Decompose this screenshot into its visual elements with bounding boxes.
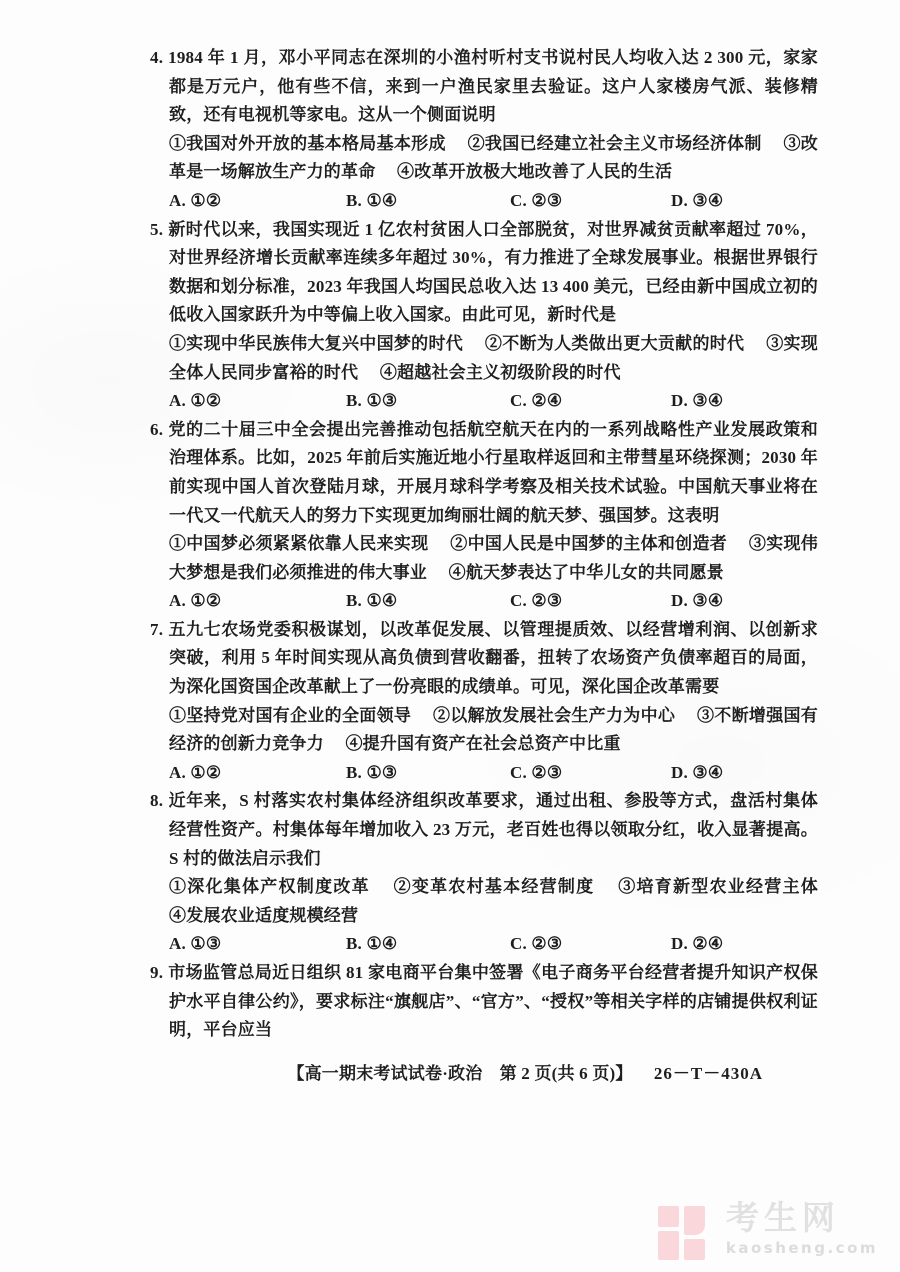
option-d: D. ③④	[671, 187, 818, 216]
option-c: C. ②④	[510, 387, 671, 416]
question-stem: 5.新时代以来，我国实现近 1 亿农村贫困人口全部脱贫，对世界减贫贡献率超过 7…	[150, 216, 818, 330]
question-stem-text: 近年来，S 村落实农村集体经济组织改革要求，通过出租、参股等方式，盘活村集体经营…	[168, 791, 818, 867]
answer-options-row: A. ①③ B. ①④ C. ②③ D. ②④	[150, 930, 818, 959]
watermark-site-url: kaosheng.com	[726, 1239, 878, 1257]
question-stem: 4.1984 年 1 月，邓小平同志在深圳的小渔村听村支书说村民人均收入达 2 …	[150, 44, 818, 130]
question-statements: ①我国对外开放的基本格局基本形成 ②我国已经建立社会主义市场经济体制 ③改革是一…	[150, 130, 818, 187]
question-statements: ①实现中华民族伟大复兴中国梦的时代 ②不断为人类做出更大贡献的时代 ③实现全体人…	[150, 330, 818, 387]
option-d: D. ③④	[671, 387, 818, 416]
option-c: C. ②③	[510, 759, 671, 788]
question-4: 4.1984 年 1 月，邓小平同志在深圳的小渔村听村支书说村民人均收入达 2 …	[150, 44, 818, 216]
option-d: D. ③④	[671, 759, 818, 788]
option-a: A. ①②	[169, 387, 346, 416]
option-b: B. ①③	[346, 759, 510, 788]
question-6: 6.党的二十届三中全会提出完善推动包括航空航天在内的一系列战略性产业发展政策和治…	[150, 416, 818, 616]
page-footer: 【高一期末考试试卷·政治 第 2 页(共 6 页)】 26－T－430A	[150, 1060, 818, 1089]
question-stem: 8.近年来，S 村落实农村集体经济组织改革要求，通过出租、参股等方式，盘活村集体…	[150, 787, 818, 873]
option-c: C. ②③	[510, 930, 671, 959]
question-stem-text: 1984 年 1 月，邓小平同志在深圳的小渔村听村支书说村民人均收入达 2 30…	[168, 48, 818, 124]
answer-options-row: A. ①② B. ①④ C. ②③ D. ③④	[150, 187, 818, 216]
question-stem-text: 新时代以来，我国实现近 1 亿农村贫困人口全部脱贫，对世界减贫贡献率超过 70%…	[168, 220, 818, 325]
answer-options-row: A. ①② B. ①③ C. ②③ D. ③④	[150, 759, 818, 788]
option-d: D. ③④	[671, 587, 818, 616]
question-number: 5.	[150, 220, 163, 239]
question-8: 8.近年来，S 村落实农村集体经济组织改革要求，通过出租、参股等方式，盘活村集体…	[150, 787, 818, 959]
option-a: A. ①②	[169, 587, 346, 616]
question-stem: 9.市场监管总局近日组织 81 家电商平台集中签署《电子商务平台经营者提升知识产…	[150, 959, 818, 1045]
watermark: 考生网 kaosheng.com	[658, 1200, 878, 1260]
option-b: B. ①③	[346, 387, 510, 416]
option-a: A. ①③	[169, 930, 346, 959]
option-a: A. ①②	[169, 187, 346, 216]
question-stem: 6.党的二十届三中全会提出完善推动包括航空航天在内的一系列战略性产业发展政策和治…	[150, 416, 818, 530]
question-statements: ①中国梦必须紧紧依靠人民来实现 ②中国人民是中国梦的主体和创造者 ③实现伟大梦想…	[150, 530, 818, 587]
answer-options-row: A. ①② B. ①③ C. ②④ D. ③④	[150, 387, 818, 416]
question-statements: ①坚持党对国有企业的全面领导 ②以解放发展社会生产力为中心 ③不断增强国有经济的…	[150, 702, 818, 759]
question-7: 7.五九七农场党委积极谋划，以改革促发展、以管理提质效、以经营增利润、以创新求突…	[150, 616, 818, 788]
logo-block	[684, 1239, 705, 1260]
logo-block	[658, 1231, 679, 1260]
option-b: B. ①④	[346, 187, 510, 216]
question-number: 4.	[150, 48, 163, 67]
exam-page: 4.1984 年 1 月，邓小平同志在深圳的小渔村听村支书说村民人均收入达 2 …	[150, 44, 818, 1089]
watermark-site-name: 考生网	[726, 1200, 878, 1236]
option-b: B. ①④	[346, 587, 510, 616]
logo-block	[658, 1206, 679, 1227]
option-c: C. ②③	[510, 187, 671, 216]
question-number: 6.	[150, 420, 163, 439]
option-a: A. ①②	[169, 759, 346, 788]
option-d: D. ②④	[671, 930, 818, 959]
footer-paper-code: 26－T－430A	[654, 1060, 763, 1089]
question-stem-text: 党的二十届三中全会提出完善推动包括航空航天在内的一系列战略性产业发展政策和治理体…	[168, 420, 818, 525]
option-b: B. ①④	[346, 930, 510, 959]
question-stem: 7.五九七农场党委积极谋划，以改革促发展、以管理提质效、以经营增利润、以创新求突…	[150, 616, 818, 702]
kaosheng-logo-icon	[658, 1206, 716, 1260]
watermark-text: 考生网 kaosheng.com	[726, 1200, 878, 1257]
question-stem-text: 市场监管总局近日组织 81 家电商平台集中签署《电子商务平台经营者提升知识产权保…	[168, 963, 818, 1039]
logo-block	[684, 1206, 705, 1235]
question-number: 7.	[150, 620, 163, 639]
question-number: 8.	[150, 791, 163, 810]
question-number: 9.	[150, 963, 163, 982]
question-statements: ①深化集体产权制度改革 ②变革农村基本经营制度 ③培育新型农业经营主体 ④发展农…	[150, 873, 818, 930]
option-c: C. ②③	[510, 587, 671, 616]
question-5: 5.新时代以来，我国实现近 1 亿农村贫困人口全部脱贫，对世界减贫贡献率超过 7…	[150, 216, 818, 416]
answer-options-row: A. ①② B. ①④ C. ②③ D. ③④	[150, 587, 818, 616]
question-9: 9.市场监管总局近日组织 81 家电商平台集中签署《电子商务平台经营者提升知识产…	[150, 959, 818, 1045]
question-stem-text: 五九七农场党委积极谋划，以改革促发展、以管理提质效、以经营增利润、以创新求突破，…	[168, 620, 818, 696]
